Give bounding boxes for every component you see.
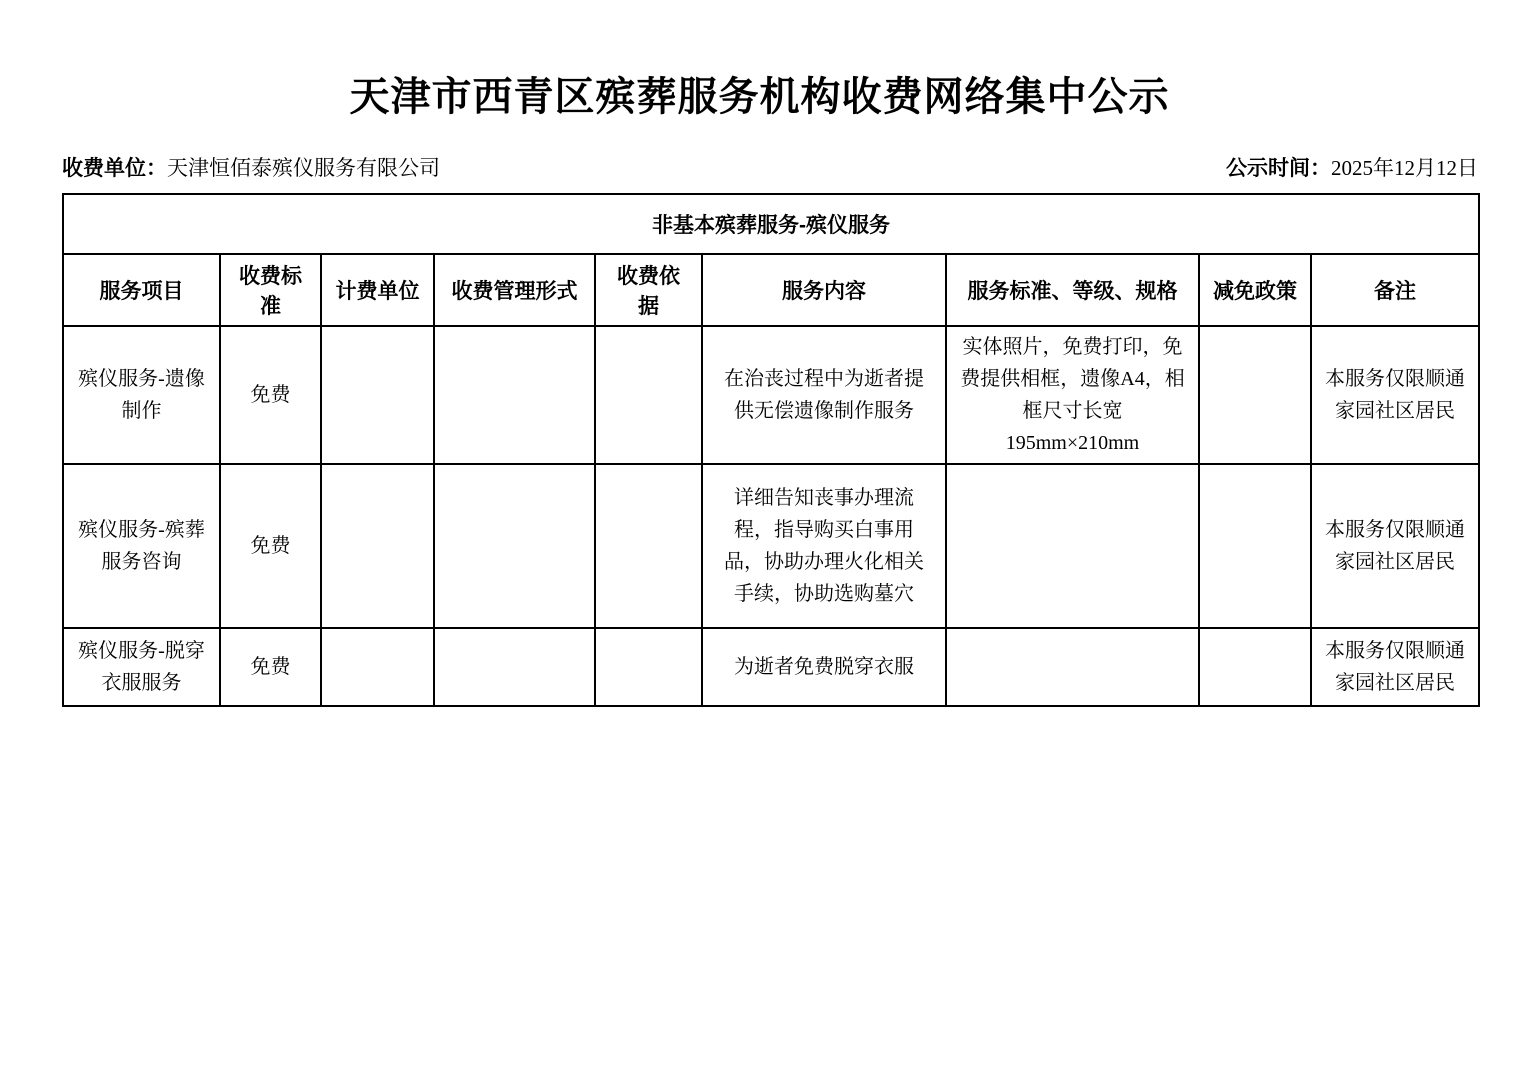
table-body: 殡仪服务-遗像制作免费在治丧过程中为逝者提供无偿遗像制作服务实体照片，免费打印，… bbox=[63, 326, 1479, 706]
table-cell-7 bbox=[946, 628, 1199, 706]
table-row: 殡仪服务-殡葬服务咨询免费详细告知丧事办理流程，指导购买白事用品，协助办理火化相… bbox=[63, 464, 1479, 628]
table-cell-1: 殡仪服务-遗像制作 bbox=[63, 326, 220, 464]
table-cell-6: 为逝者免费脱穿衣服 bbox=[702, 628, 946, 706]
document-page: 天津市西青区殡葬服务机构收费网络集中公示 收费单位：天津恒佰泰殡仪服务有限公司 … bbox=[0, 0, 1519, 1075]
table-cell-4 bbox=[434, 464, 595, 628]
info-row: 收费单位：天津恒佰泰殡仪服务有限公司 公示时间：2025年12月12日 bbox=[62, 154, 1478, 183]
table-cell-4 bbox=[434, 628, 595, 706]
table-cell-1: 殡仪服务-殡葬服务咨询 bbox=[63, 464, 220, 628]
table-cell-3 bbox=[321, 464, 434, 628]
table-cell-2: 免费 bbox=[220, 464, 321, 628]
column-header-5: 收费依据 bbox=[595, 254, 702, 326]
column-header-9: 备注 bbox=[1311, 254, 1479, 326]
column-header-4: 收费管理形式 bbox=[434, 254, 595, 326]
column-header-1: 服务项目 bbox=[63, 254, 220, 326]
column-header-row: 服务项目收费标准计费单位收费管理形式收费依据服务内容服务标准、等级、规格减免政策… bbox=[63, 254, 1479, 326]
table-cell-9: 本服务仅限顺通家园社区居民 bbox=[1311, 628, 1479, 706]
charging-unit: 收费单位：天津恒佰泰殡仪服务有限公司 bbox=[62, 154, 440, 183]
table-cell-8 bbox=[1199, 326, 1311, 464]
table-cell-5 bbox=[595, 464, 702, 628]
charging-unit-value: 天津恒佰泰殡仪服务有限公司 bbox=[167, 156, 440, 180]
column-header-8: 减免政策 bbox=[1199, 254, 1311, 326]
table-row: 殡仪服务-脱穿衣服服务免费为逝者免费脱穿衣服本服务仅限顺通家园社区居民 bbox=[63, 628, 1479, 706]
table-cell-5 bbox=[595, 628, 702, 706]
table-cell-6: 在治丧过程中为逝者提供无偿遗像制作服务 bbox=[702, 326, 946, 464]
section-header-row: 非基本殡葬服务-殡仪服务 bbox=[63, 194, 1479, 254]
publicity-time: 公示时间：2025年12月12日 bbox=[1226, 154, 1478, 183]
table-cell-7: 实体照片，免费打印，免费提供相框，遗像A4，相框尺寸长宽195mm×210mm bbox=[946, 326, 1199, 464]
fee-table: 非基本殡葬服务-殡仪服务 服务项目收费标准计费单位收费管理形式收费依据服务内容服… bbox=[62, 193, 1480, 707]
column-header-3: 计费单位 bbox=[321, 254, 434, 326]
table-cell-2: 免费 bbox=[220, 628, 321, 706]
table-cell-3 bbox=[321, 326, 434, 464]
table-cell-1: 殡仪服务-脱穿衣服服务 bbox=[63, 628, 220, 706]
table-cell-8 bbox=[1199, 628, 1311, 706]
table-cell-6: 详细告知丧事办理流程，指导购买白事用品，协助办理火化相关手续，协助选购墓穴 bbox=[702, 464, 946, 628]
publicity-time-value: 2025年12月12日 bbox=[1331, 156, 1478, 180]
column-header-7: 服务标准、等级、规格 bbox=[946, 254, 1199, 326]
table-cell-7 bbox=[946, 464, 1199, 628]
charging-unit-label: 收费单位： bbox=[62, 157, 167, 180]
table-row: 殡仪服务-遗像制作免费在治丧过程中为逝者提供无偿遗像制作服务实体照片，免费打印，… bbox=[63, 326, 1479, 464]
table-cell-3 bbox=[321, 628, 434, 706]
page-title: 天津市西青区殡葬服务机构收费网络集中公示 bbox=[0, 0, 1519, 122]
table-cell-8 bbox=[1199, 464, 1311, 628]
table-cell-9: 本服务仅限顺通家园社区居民 bbox=[1311, 464, 1479, 628]
section-header: 非基本殡葬服务-殡仪服务 bbox=[63, 194, 1479, 254]
table-cell-5 bbox=[595, 326, 702, 464]
column-header-6: 服务内容 bbox=[702, 254, 946, 326]
table-cell-2: 免费 bbox=[220, 326, 321, 464]
table-cell-4 bbox=[434, 326, 595, 464]
column-header-2: 收费标准 bbox=[220, 254, 321, 326]
table-cell-9: 本服务仅限顺通家园社区居民 bbox=[1311, 326, 1479, 464]
publicity-time-label: 公示时间： bbox=[1226, 157, 1331, 180]
